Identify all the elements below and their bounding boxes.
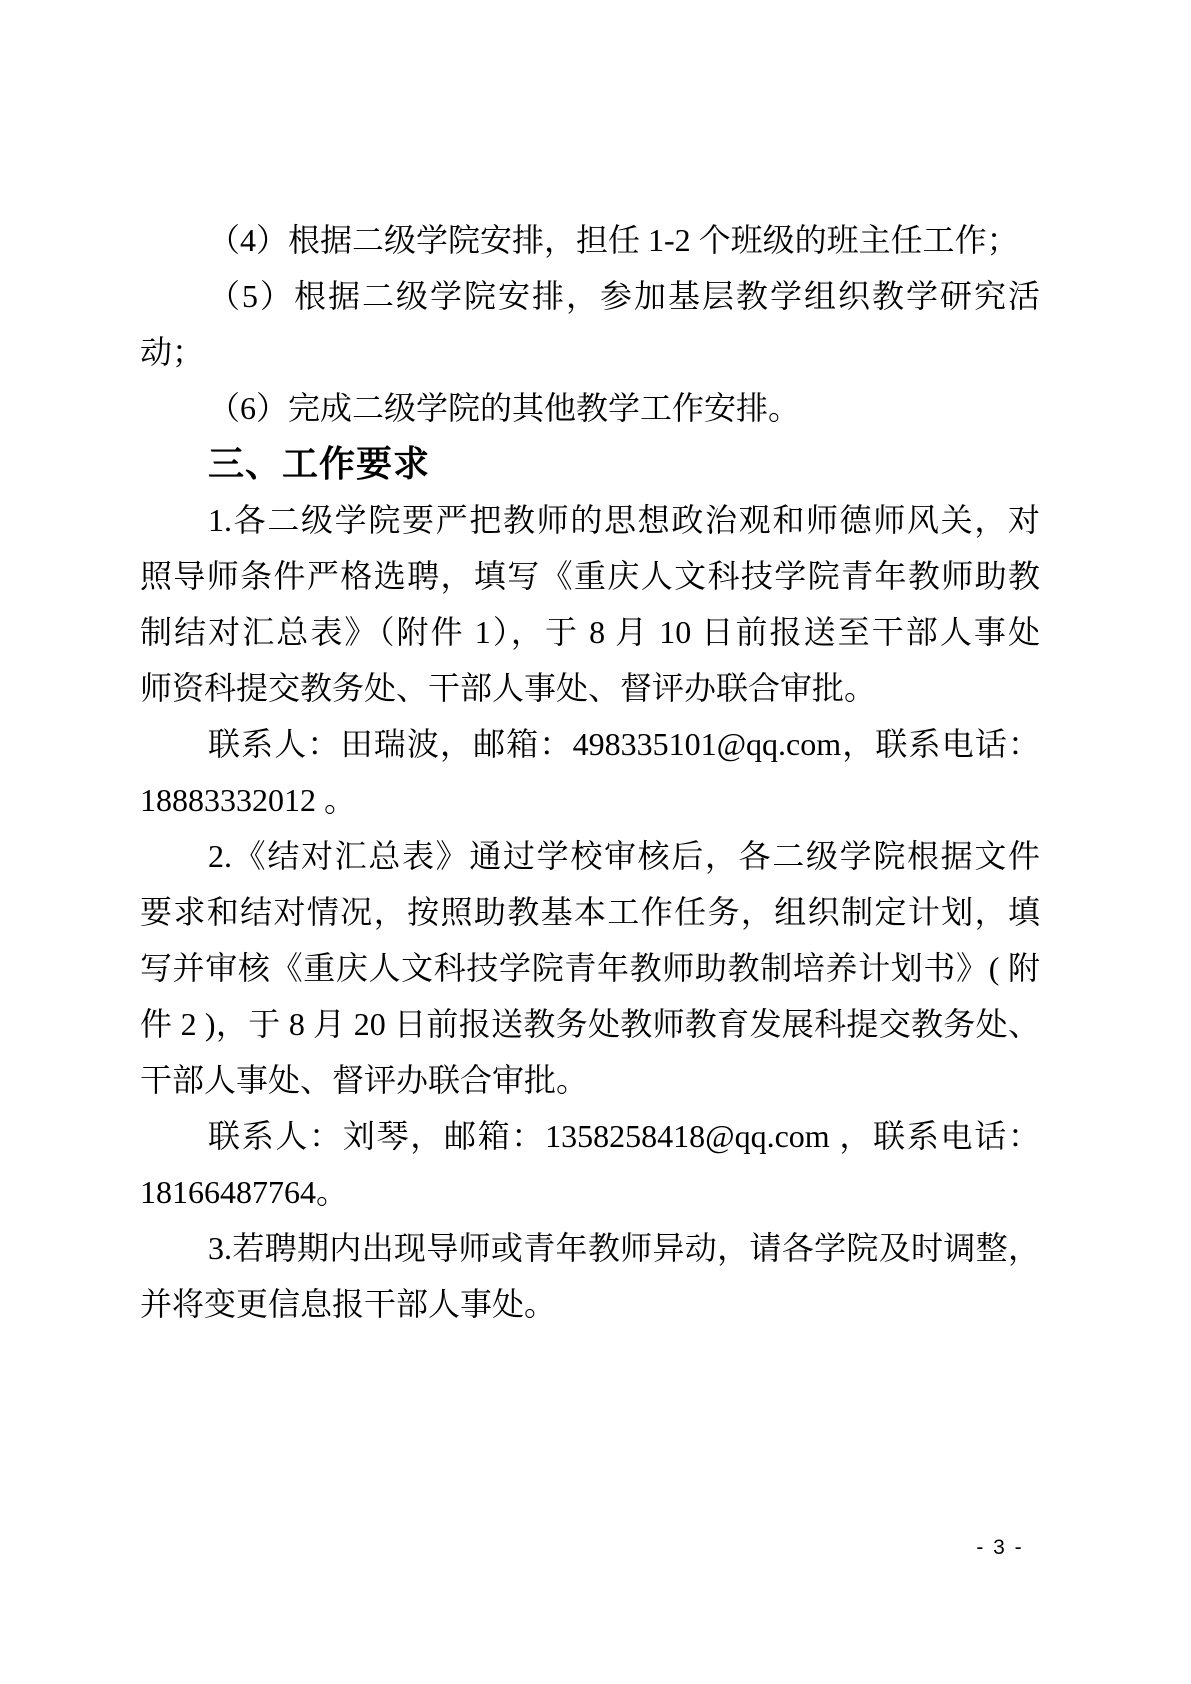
document-line: 要求和结对情况，按照助教基本工作任务，组织制定计划，填 — [140, 884, 1040, 940]
document-line: 2.《结对汇总表》通过学校审核后，各二级学院根据文件 — [140, 828, 1040, 884]
document-line: 18166487764。 — [140, 1164, 1040, 1220]
document-line: 并将变更信息报干部人事处。 — [140, 1276, 1040, 1332]
document-line: 联系人：刘琴，邮箱：1358258418@qq.com ，联系电话： — [140, 1108, 1040, 1164]
document-line: 联系人：田瑞波，邮箱：498335101@qq.com，联系电话： — [140, 716, 1040, 772]
document-line: 制结对汇总表》（附件 1），于 8 月 10 日前报送至干部人事处 — [140, 604, 1040, 660]
document-line: 照导师条件严格选聘，填写《重庆人文科技学院青年教师助教 — [140, 548, 1040, 604]
document-line: 师资科提交教务处、干部人事处、督评办联合审批。 — [140, 660, 1040, 716]
document-page: （4）根据二级学院安排，担任 1-2 个班级的班主任工作； （5）根据二级学院安… — [0, 0, 1191, 1684]
document-line: 3.若聘期内出现导师或青年教师异动，请各学院及时调整， — [140, 1220, 1040, 1276]
document-line: 干部人事处、督评办联合审批。 — [140, 1052, 1040, 1108]
document-line: （4）根据二级学院安排，担任 1-2 个班级的班主任工作； — [140, 212, 1040, 268]
document-line: 写并审核《重庆人文科技学院青年教师助教制培养计划书》( 附 — [140, 940, 1040, 996]
document-line: （5）根据二级学院安排，参加基层教学组织教学研究活 — [140, 268, 1040, 324]
page-number: - 3 - — [955, 1533, 1045, 1563]
document-line: 件 2 )，于 8 月 20 日前报送教务处教师教育发展科提交教务处、 — [140, 996, 1040, 1052]
document-line: 1.各二级学院要严把教师的思想政治观和师德师风关，对 — [140, 492, 1040, 548]
section-heading-work-requirements: 三、工作要求 — [140, 436, 1040, 492]
document-body: （4）根据二级学院安排，担任 1-2 个班级的班主任工作； （5）根据二级学院安… — [140, 212, 1040, 1332]
document-line: 18883332012 。 — [140, 772, 1040, 828]
document-line: （6）完成二级学院的其他教学工作安排。 — [140, 380, 1040, 436]
document-line: 动； — [140, 324, 1040, 380]
